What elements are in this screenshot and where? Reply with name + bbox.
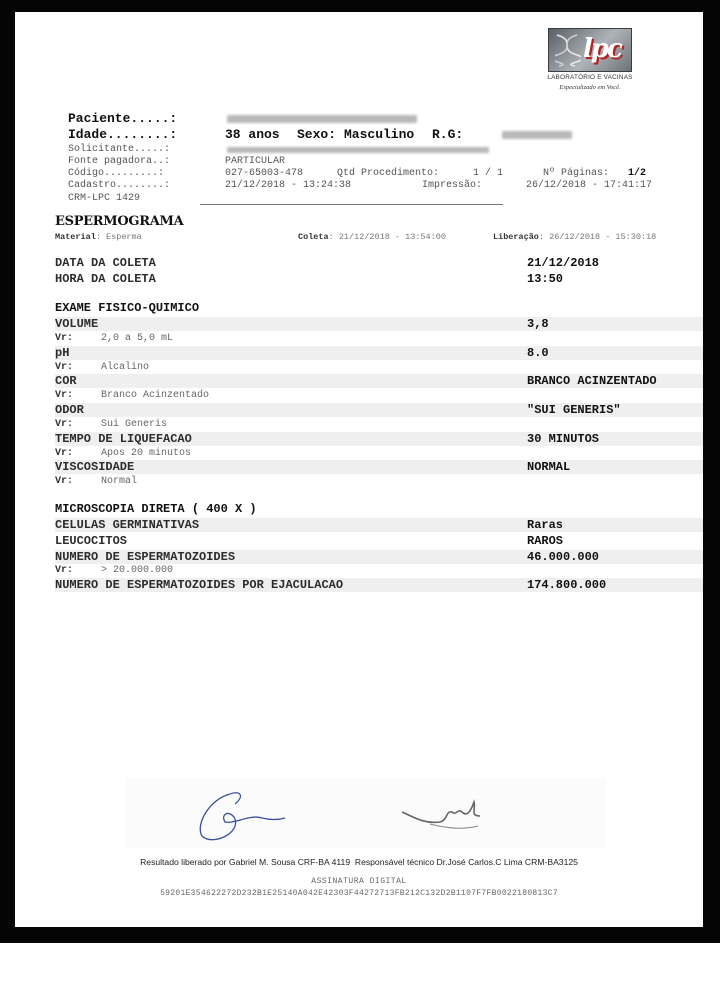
rg-label: R.G:: [432, 127, 463, 142]
result-row: NUMERO DE ESPERMATOZOIDES 46.000.000: [55, 550, 703, 564]
requester-label: Solicitante.....:: [68, 144, 170, 156]
reference-range: Vr:Normal: [55, 476, 137, 488]
result-value: BRANCO ACINZENTADO: [527, 374, 657, 388]
result-value: 13:50: [527, 272, 563, 286]
collection-label: Coleta: [298, 232, 329, 242]
reference-range: Vr:Branco Acinzentado: [55, 390, 209, 402]
result-row: ODOR "SUI GENERIS": [55, 403, 703, 417]
collection-info: Coleta: 21/12/2018 - 13:54:00: [298, 232, 446, 242]
result-value: 3,8: [527, 317, 549, 331]
result-label: VISCOSIDADE: [55, 460, 134, 474]
signature-technical-lead: [400, 794, 490, 834]
material-label: Material: [55, 232, 96, 242]
reference-value: 2,0 a 5,0 mL: [101, 333, 173, 344]
pages-value: 1/2: [628, 168, 646, 180]
released-by-text: Resultado liberado por Gabriel M. Sousa …: [15, 857, 703, 867]
print-value: 26/12/2018 - 17:41:17: [526, 180, 652, 192]
result-label: NUMERO DE ESPERMATOZOIDES POR EJACULACAO: [55, 578, 343, 592]
digital-signature-code: 59201E354622272D232B1E25140A042E42303F44…: [15, 889, 703, 898]
result-value: "SUI GENERIS": [527, 403, 621, 417]
result-label: LEUCOCITOS: [55, 534, 127, 548]
payer-label: Fonte pagadora..:: [68, 156, 170, 168]
reference-range: Vr:> 20.000.000: [55, 565, 173, 577]
result-label: pH: [55, 346, 69, 360]
result-value: 21/12/2018: [527, 256, 599, 270]
sex-value: Masculino: [344, 127, 414, 142]
dna-helix-icon: [555, 33, 581, 67]
lab-name: LABORATÓRIO E VACINAS: [545, 74, 635, 81]
rg-redacted: [502, 131, 572, 139]
reference-range: Vr:Alcalino: [55, 362, 149, 374]
requester-redacted: [227, 147, 489, 153]
qty-value: 1 / 1: [473, 168, 503, 180]
registration-value: 21/12/2018 - 13:24:38: [225, 180, 351, 192]
result-row: LEUCOCITOS RAROS: [55, 534, 703, 548]
result-row: CELULAS GERMINATIVAS Raras: [55, 518, 703, 532]
vr-label: Vr:: [55, 565, 101, 577]
vr-label: Vr:: [55, 362, 101, 374]
result-row: VISCOSIDADE NORMAL: [55, 460, 703, 474]
vr-label: Vr:: [55, 448, 101, 460]
material-value: Esperma: [106, 232, 142, 242]
result-row: pH 8.0: [55, 346, 703, 360]
report-page: lpc LABORATÓRIO E VACINAS Especializado …: [15, 12, 703, 927]
patient-name-redacted: [227, 115, 417, 123]
code-label: Código.........:: [68, 168, 164, 180]
result-value: 46.000.000: [527, 550, 599, 564]
result-row: HORA DA COLETA 13:50: [55, 272, 703, 286]
reference-value: Apos 20 minutos: [101, 448, 191, 459]
result-row: COR BRANCO ACINZENTADO: [55, 374, 703, 388]
digital-signature-label: ASSINATURA DIGITAL: [15, 877, 703, 886]
code-value: 027-65003-478: [225, 168, 303, 180]
registration-label: Cadastro........:: [68, 180, 170, 192]
result-value: 8.0: [527, 346, 549, 360]
logo-mark: lpc: [583, 34, 621, 64]
vr-label: Vr:: [55, 419, 101, 431]
vr-label: Vr:: [55, 390, 101, 402]
sex-label: Sexo:: [297, 127, 336, 142]
result-row: VOLUME 3,8: [55, 317, 703, 331]
result-value: 174.800.000: [527, 578, 606, 592]
result-row: DATA DA COLETA 21/12/2018: [55, 256, 703, 270]
result-label: NUMERO DE ESPERMATOZOIDES: [55, 550, 235, 564]
section-title-physico-chemical: EXAME FISICO-QUIMICO: [55, 301, 199, 315]
result-row: NUMERO DE ESPERMATOZOIDES POR EJACULACAO…: [55, 578, 703, 592]
release-label: Liberação: [493, 232, 539, 242]
reference-value: > 20.000.000: [101, 565, 173, 576]
result-value: RAROS: [527, 534, 563, 548]
signature-pharmacist: [190, 784, 290, 844]
crm-code: CRM-LPC 1429: [68, 193, 140, 205]
section-title-microscopy: MICROSCOPIA DIRETA ( 400 X ): [55, 502, 257, 516]
reference-value: Normal: [101, 476, 137, 487]
release-info: Liberação: 26/12/2018 - 15:30:18: [493, 232, 656, 242]
result-label: DATA DA COLETA: [55, 256, 156, 270]
age-value: 38 anos: [225, 127, 280, 142]
lab-logo: lpc LABORATÓRIO E VACINAS Especializado …: [545, 28, 635, 96]
reference-value: Branco Acinzentado: [101, 390, 209, 401]
reference-value: Sui Generis: [101, 419, 167, 430]
result-label: CELULAS GERMINATIVAS: [55, 518, 199, 532]
reference-range: Vr:Apos 20 minutos: [55, 448, 191, 460]
result-row: TEMPO DE LIQUEFACAO 30 MINUTOS: [55, 432, 703, 446]
result-label: COR: [55, 374, 77, 388]
exam-title: ESPERMOGRAMA: [55, 214, 183, 229]
reference-range: Vr:2,0 a 5,0 mL: [55, 333, 173, 345]
age-label: Idade........:: [68, 127, 177, 142]
collection-value: 21/12/2018 - 13:54:00: [339, 232, 446, 242]
payer-value: PARTICULAR: [225, 156, 285, 168]
pages-label: Nº Páginas:: [543, 168, 609, 180]
result-label: VOLUME: [55, 317, 98, 331]
result-label: ODOR: [55, 403, 84, 417]
reference-range: Vr:Sui Generis: [55, 419, 167, 431]
reference-value: Alcalino: [101, 362, 149, 373]
lab-tagline: Especializado em Você.: [545, 84, 635, 91]
result-value: NORMAL: [527, 460, 570, 474]
vr-label: Vr:: [55, 476, 101, 488]
logo-badge: lpc: [548, 28, 632, 72]
result-label: HORA DA COLETA: [55, 272, 156, 286]
release-value: 26/12/2018 - 15:30:18: [549, 232, 656, 242]
result-value: Raras: [527, 518, 563, 532]
result-value: 30 MINUTOS: [527, 432, 599, 446]
qty-label: Qtd Procedimento:: [337, 168, 439, 180]
print-label: Impressão:: [422, 180, 482, 192]
material-info: Material: Esperma: [55, 232, 142, 242]
patient-name-label: Paciente.....:: [68, 111, 177, 126]
header-divider: [200, 204, 503, 205]
result-label: TEMPO DE LIQUEFACAO: [55, 432, 192, 446]
vr-label: Vr:: [55, 333, 101, 345]
